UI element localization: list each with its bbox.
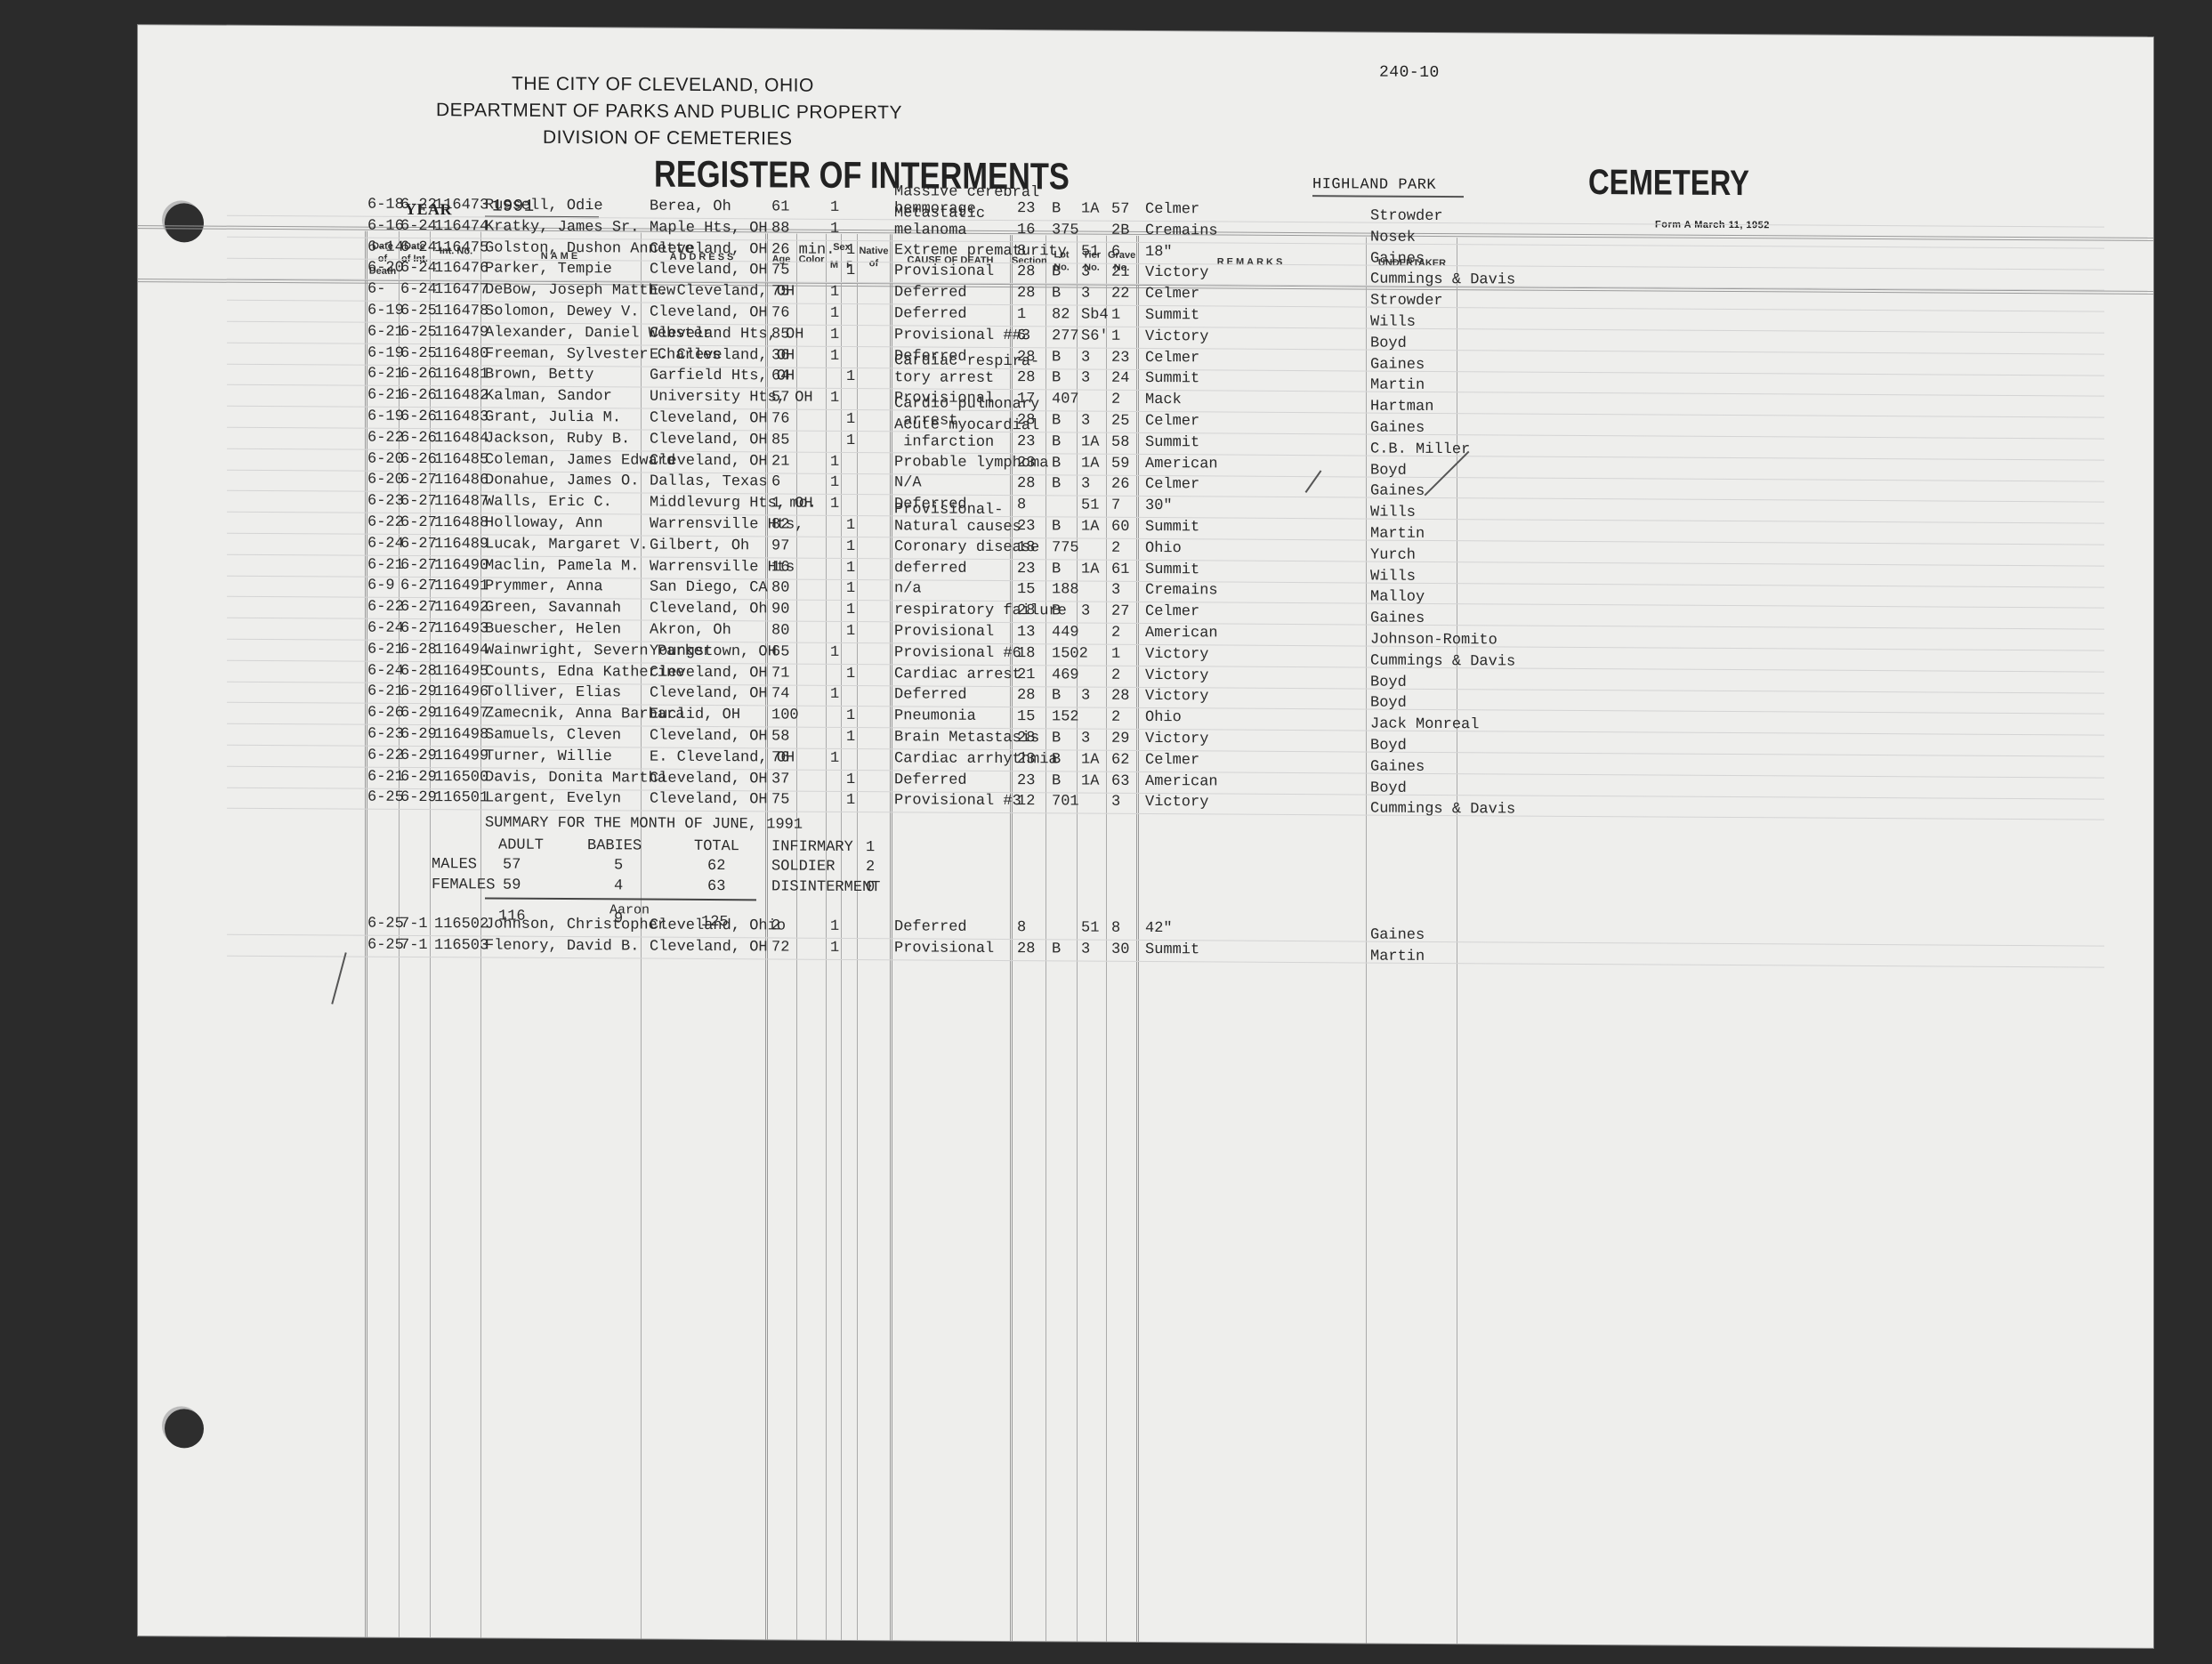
- cell-tier: 3: [1081, 476, 1090, 493]
- cell-undertaker: Jack Monreal: [1370, 716, 1479, 734]
- register-page: THE CITY OF CLEVELAND, OHIO DEPARTMENT O…: [138, 25, 2153, 1648]
- cell-name: Davis, Donita Martha: [485, 769, 666, 787]
- cell-address: Cleveland, OH: [650, 770, 768, 788]
- summary-males-total: 62: [707, 858, 725, 875]
- cell-address: Gilbert, Oh: [650, 537, 749, 554]
- cell-undertaker: Boyd: [1370, 335, 1407, 351]
- cell-grave: 29: [1111, 731, 1129, 747]
- summary-sum-total: 125: [701, 914, 729, 931]
- cell-undertaker: Nosek: [1370, 229, 1416, 246]
- cell-sex-m: 1: [830, 644, 839, 661]
- cell-cause-of-death: deferred: [894, 560, 967, 577]
- cell-int-no: 116478: [434, 303, 488, 319]
- cell-section: 28: [1017, 688, 1035, 705]
- cell-undertaker: Gaines: [1370, 927, 1425, 944]
- cell-lot: B: [1052, 455, 1061, 472]
- cell-section: 15: [1017, 708, 1035, 725]
- cell-date-of-death: 6-26: [367, 705, 404, 722]
- cell-grave: 28: [1111, 688, 1129, 705]
- cell-sex-f: 1: [846, 580, 855, 597]
- cell-grave: 1: [1111, 328, 1120, 345]
- cell-remarks: Summit: [1145, 307, 1199, 324]
- cell-age: 6: [771, 474, 780, 491]
- cell-date-of-int: 6-28: [400, 642, 437, 658]
- cell-sex-m: 1: [830, 496, 839, 513]
- cell-name: Tolliver, Elias: [485, 684, 621, 702]
- summary-disinterment: 0: [866, 879, 875, 896]
- cell-undertaker: Gaines: [1370, 356, 1425, 373]
- cell-sex-m: 1: [830, 390, 839, 407]
- cell-int-no: 116481: [434, 367, 488, 384]
- cell-age: 80: [771, 622, 789, 639]
- cell-int-no: 116484: [434, 430, 488, 447]
- summary-underline: [485, 897, 756, 901]
- table-row: 6-216-27116490Maclin, Pamela M.Warrensvi…: [138, 25, 2153, 37]
- cell-date-of-death: 6-21: [367, 323, 404, 340]
- cell-lot: B: [1052, 349, 1061, 366]
- cell-tier: 1A: [1081, 201, 1099, 218]
- col-divider: [1366, 238, 1367, 1644]
- cell-address: Cleveland, OH: [650, 791, 768, 809]
- cell-name: Grant, Julia M.: [485, 408, 621, 426]
- cell-undertaker: Yurch: [1370, 546, 1416, 563]
- cell-date-of-death: 6-21: [367, 641, 404, 658]
- cell-int-no: 116499: [434, 747, 488, 764]
- cell-address: Cleveland, OH: [650, 431, 768, 448]
- cell-section: 18: [1017, 645, 1035, 662]
- binder-hole-bottom: [165, 1409, 204, 1448]
- cell-undertaker: Wills: [1370, 314, 1416, 331]
- cell-lot: B: [1052, 476, 1061, 493]
- cell-date-of-int: 7-1: [400, 916, 428, 933]
- cell-int-no: 116474: [434, 218, 488, 235]
- cell-tier: 1A: [1081, 772, 1099, 789]
- cell-remarks: Summit: [1145, 370, 1199, 387]
- cell-lot: B: [1052, 730, 1061, 747]
- cell-grave: 8: [1111, 920, 1120, 937]
- summary-males-label: MALES: [432, 856, 477, 873]
- cell-age: 61: [771, 198, 789, 215]
- cell-name: Flenory, David B.: [485, 937, 639, 955]
- cell-section: 28: [1017, 730, 1035, 747]
- cell-cause-of-death: Provisional: [894, 623, 994, 641]
- cell-date-of-death: 6-22: [367, 429, 404, 446]
- cell-undertaker: Boyd: [1370, 462, 1407, 479]
- cell-age: 82: [771, 516, 789, 533]
- cell-sex-f: 1: [846, 538, 855, 555]
- cell-tier: S6': [1081, 327, 1109, 344]
- cell-undertaker: Gaines: [1370, 610, 1425, 627]
- table-row: 6-257-1116503Flenory, David B.Cleveland,…: [138, 25, 2153, 37]
- cell-remarks: Summit: [1145, 519, 1199, 536]
- cell-sex-m: 1: [830, 327, 839, 343]
- col-divider: [1077, 236, 1078, 1642]
- summary-infirmary-label: INFIRMARY: [771, 838, 853, 856]
- cell-tier: 3: [1081, 731, 1090, 747]
- cell-remarks: Victory: [1145, 646, 1208, 663]
- cell-remarks: Victory: [1145, 688, 1208, 705]
- cell-age: 88: [771, 220, 789, 237]
- cell-address: San Diego, CA: [650, 579, 768, 597]
- cell-lot: B: [1052, 433, 1061, 450]
- cell-int-no: 116498: [434, 726, 488, 743]
- cell-date-of-int: 6-29: [400, 768, 437, 785]
- cell-int-no: 116500: [434, 769, 488, 786]
- cell-date-of-int: 6-26: [400, 430, 437, 447]
- cell-lot: B: [1052, 561, 1061, 578]
- cell-name: Holloway, Ann: [485, 514, 603, 532]
- cell-grave: 2: [1111, 540, 1120, 557]
- cell-name: Brown, Betty: [485, 367, 593, 384]
- cell-date-of-death: 6-19: [367, 303, 404, 319]
- cell-section: 28: [1017, 285, 1035, 302]
- table-row: 6-226-29116499Turner, WillieE. Cleveland…: [138, 25, 2153, 37]
- cell-date-of-int: 6-22: [400, 197, 437, 214]
- cell-grave: 2: [1111, 666, 1120, 683]
- cell-lot: B: [1052, 370, 1061, 387]
- cell-remarks: Ohio: [1145, 709, 1182, 726]
- table-row: 6-226-27116492Green, SavannahCleveland, …: [138, 25, 2153, 37]
- cell-remarks: Celmer: [1145, 201, 1199, 218]
- cell-date-of-death: 6-: [367, 281, 385, 298]
- cell-grave: 3: [1111, 794, 1120, 811]
- cell-tier: 1A: [1081, 519, 1099, 536]
- cell-int-no: 116485: [434, 451, 488, 468]
- cell-date-of-int: 6-27: [400, 620, 437, 637]
- cell-age: 36: [771, 347, 789, 364]
- cell-tier: 3: [1081, 349, 1090, 366]
- cell-section: 23: [1017, 751, 1035, 768]
- cell-grave: 3: [1111, 582, 1120, 599]
- cell-age: 57: [771, 390, 789, 407]
- cemetery-name: HIGHLAND PARK: [1312, 176, 1464, 198]
- cell-name: Samuels, Cleven: [485, 726, 621, 744]
- cell-date-of-death: 6-20: [367, 450, 404, 467]
- cell-int-no: 116477: [434, 281, 488, 298]
- cell-grave: 23: [1111, 349, 1129, 366]
- cell-undertaker: Boyd: [1370, 695, 1407, 712]
- cell-section: 8: [1017, 243, 1026, 260]
- cell-int-no: 116475: [434, 239, 488, 256]
- cell-int-no: 116503: [434, 937, 488, 954]
- cell-sex-f: 1: [846, 411, 855, 428]
- cell-undertaker: C.B. Miller: [1370, 440, 1470, 458]
- cell-lot: B: [1052, 286, 1061, 303]
- cell-lot: 152: [1052, 709, 1079, 726]
- cell-address: Maple Hts, OH: [650, 219, 768, 237]
- cell-remarks: 30": [1145, 497, 1173, 514]
- cell-tier: 1A: [1081, 455, 1099, 472]
- cell-int-no: 116493: [434, 620, 488, 637]
- cell-grave: 62: [1111, 752, 1129, 769]
- summary-col-total: TOTAL: [694, 838, 739, 855]
- cell-cause-of-death: Deferred: [894, 771, 967, 788]
- table-row: 6-196-25116480Freeman, Sylvester Charles…: [138, 25, 2153, 37]
- col-divider: [1136, 236, 1139, 1642]
- cell-date-of-int: 6-27: [400, 599, 437, 616]
- cell-int-no: 116494: [434, 642, 488, 658]
- cell-section: 28: [1017, 941, 1035, 957]
- summary-males-babies: 5: [614, 857, 623, 874]
- pen-mark: [1305, 470, 1322, 493]
- cell-sex-m: 1: [830, 750, 839, 767]
- cell-cause-of-death: respiratory failure: [894, 602, 1067, 619]
- cell-lot: 449: [1052, 624, 1079, 641]
- cell-cause-of-death: Deferred: [894, 918, 967, 935]
- cell-grave: 26: [1111, 476, 1129, 493]
- cell-date-of-death: 6-25: [367, 937, 404, 954]
- cell-grave: 2: [1111, 392, 1120, 408]
- cell-name: Buescher, Helen: [485, 620, 621, 638]
- cell-name: Coleman, James Edward: [485, 451, 675, 469]
- cell-date-of-death: 6-24: [367, 620, 404, 637]
- cell-section: 8: [1017, 919, 1026, 936]
- cell-undertaker: Hartman: [1370, 399, 1433, 416]
- cell-date-of-int: 6-27: [400, 472, 437, 489]
- cell-section: 18: [1017, 539, 1035, 556]
- cell-lot: B: [1052, 941, 1061, 957]
- cell-address: Euclid, OH: [650, 707, 740, 724]
- table-row: 6-216-28116494Wainwright, Severn ParkerY…: [138, 25, 2153, 37]
- cell-sex-f: 1: [846, 263, 855, 279]
- cell-tier: 3: [1081, 688, 1090, 705]
- cell-name: Kratky, James Sr.: [485, 218, 639, 236]
- cell-sex-f: 1: [846, 560, 855, 577]
- cell-cause-of-death: N/A: [894, 475, 922, 492]
- cell-undertaker: Gaines: [1370, 420, 1425, 437]
- cell-cause-of-death: Extreme prematurity: [894, 242, 1067, 260]
- page-reference: 240-10: [1379, 64, 1440, 82]
- cell-sex-f: 1: [846, 792, 855, 809]
- cell-tier: 51: [1081, 243, 1099, 260]
- cell-tier: 51: [1081, 497, 1099, 514]
- cell-remarks: Ohio: [1145, 540, 1182, 557]
- cell-lot: 1502: [1052, 645, 1088, 662]
- cell-date-of-int: 6-27: [400, 514, 437, 531]
- cemetery-label: CEMETERY: [1588, 163, 1749, 204]
- cell-section: 23: [1017, 455, 1035, 472]
- cell-address: Cleveland, OH: [650, 728, 768, 746]
- cell-remarks: Summit: [1145, 941, 1199, 958]
- cell-int-no: 116480: [434, 345, 488, 362]
- table-row: 6-216-29116500Davis, Donita MarthaClevel…: [138, 25, 2153, 37]
- cell-date-of-int: 7-1: [400, 937, 428, 954]
- cell-int-no: 116483: [434, 408, 488, 425]
- cell-age: 75: [771, 792, 789, 809]
- cell-undertaker: Gaines: [1370, 758, 1425, 775]
- table-row: 6-246-28116495Counts, Edna KatherineClev…: [138, 25, 2153, 37]
- cell-age: 85: [771, 326, 789, 343]
- cell-tier: 3: [1081, 603, 1090, 620]
- cell-section: 13: [1017, 624, 1035, 641]
- table-row: 6-196-25116478Solomon, Dewey V.Cleveland…: [138, 25, 2153, 37]
- cell-section: 21: [1017, 666, 1035, 683]
- cell-name: Solomon, Dewey V.: [485, 303, 639, 320]
- cell-age: 100: [771, 707, 799, 724]
- table-row: 6-257-1116502Johnson, ChristopherClevela…: [138, 25, 2153, 37]
- table-row: 6-246-27116493Buescher, HelenAkron, Oh80…: [138, 25, 2153, 37]
- summary-title: SUMMARY FOR THE MONTH OF JUNE, 1991: [485, 814, 803, 833]
- cell-remarks: Cremains: [1145, 222, 1218, 239]
- cell-grave: 24: [1111, 370, 1129, 387]
- summary-sum-adult: 116: [498, 909, 526, 925]
- cell-remarks: Celmer: [1145, 286, 1199, 303]
- table-row: 6-166-24116474Kratky, James Sr.Maple Hts…: [138, 25, 2153, 37]
- cell-sex-m: 1: [830, 453, 839, 470]
- cell-section: 28: [1017, 264, 1035, 281]
- cell-tier: 51: [1081, 920, 1099, 937]
- cell-date-of-death: 6-21: [367, 387, 404, 404]
- cell-date-of-death: 6-23: [367, 493, 404, 510]
- cell-date-of-death: 6-14: [367, 238, 404, 255]
- cell-age: 76: [771, 410, 789, 427]
- table-row: 6-226-27116488Holloway, AnnWarrensville …: [138, 25, 2153, 37]
- cell-date-of-death: 6-9: [367, 578, 395, 594]
- table-row: 6-226-26116484Jackson, Ruby B.Cleveland,…: [138, 25, 2153, 37]
- col-divider: [841, 234, 842, 1640]
- cell-lot: 277: [1052, 327, 1079, 344]
- summary-males-adult: 57: [503, 857, 521, 874]
- cell-address: Cleveland, OH: [650, 240, 768, 258]
- cell-grave: 2: [1111, 625, 1120, 642]
- cell-cause-of-death: Cardiac arrest: [894, 666, 1021, 683]
- cell-cause-of-death: Pneumonia: [894, 707, 976, 725]
- cell-grave: 25: [1111, 413, 1129, 430]
- cell-section: 23: [1017, 561, 1035, 578]
- cell-age: 64: [771, 368, 789, 385]
- cell-lot: B: [1052, 772, 1061, 789]
- cell-remarks: American: [1145, 773, 1218, 790]
- cell-age: 26 min.: [771, 241, 835, 258]
- col-divider: [826, 234, 827, 1640]
- table-row: 6-256-29116501Largent, EvelynCleveland, …: [138, 25, 2153, 37]
- cell-name: DeBow, Joseph Matthew: [485, 282, 675, 300]
- table-row: 6-206-26116485Coleman, James EdwardCleve…: [138, 25, 2153, 37]
- table-row: 6-236-29116498Samuels, ClevenCleveland, …: [138, 25, 2153, 37]
- cell-age: 75: [771, 263, 789, 279]
- cell-lot: B: [1052, 412, 1061, 429]
- cell-remarks: Victory: [1145, 264, 1208, 281]
- summary-soldier-label: SOLDIER: [771, 858, 835, 875]
- cell-lot: B: [1052, 603, 1061, 620]
- cell-tier: 1A: [1081, 433, 1099, 450]
- cell-sex-m: 1: [830, 474, 839, 491]
- cell-grave: 21: [1111, 264, 1129, 281]
- cell-grave: 61: [1111, 561, 1129, 578]
- cell-cause-of-death: n/a: [894, 581, 922, 598]
- cell-date-of-death: 6-20: [367, 472, 404, 489]
- cell-lot: B: [1052, 200, 1061, 217]
- summary-soldier: 2: [866, 859, 875, 876]
- cell-undertaker: Strowder: [1370, 293, 1443, 310]
- cell-lot: 188: [1052, 582, 1079, 599]
- cell-remarks: Celmer: [1145, 476, 1199, 493]
- cell-cause-of-death: Provisional: [894, 263, 994, 281]
- cell-undertaker: Johnson-Romito: [1370, 632, 1498, 650]
- cell-date-of-int: 6-28: [400, 662, 437, 679]
- cell-undertaker: Strowder: [1370, 208, 1443, 225]
- table-row: 6-216-26116482Kalman, SandorUniversity H…: [138, 25, 2153, 37]
- cell-remarks: Summit: [1145, 561, 1199, 578]
- cell-date-of-int: 6-29: [400, 683, 437, 700]
- cell-cause-of-death: Deferred: [894, 687, 967, 704]
- table-row: 6-216-25116479Alexander, Daniel WebsterC…: [138, 25, 2153, 37]
- cell-cause-of-death: Provisional- Natural causes: [894, 501, 1021, 536]
- cell-date-of-int: 6-26: [400, 366, 437, 383]
- cell-address: Cleveland, OH: [650, 939, 768, 957]
- pen-mark: [331, 952, 346, 1004]
- cell-tier: 1A: [1081, 561, 1099, 578]
- table-row: 6-186-22116473Russell, OdieBerea, Oh611M…: [138, 25, 2153, 37]
- cell-remarks: Cremains: [1145, 582, 1218, 599]
- cell-undertaker: Martin: [1370, 949, 1425, 965]
- cell-undertaker: Wills: [1370, 568, 1416, 585]
- cell-name: Jackson, Ruby B.: [485, 430, 630, 448]
- cell-undertaker: Wills: [1370, 505, 1416, 521]
- cell-address: Akron, Oh: [650, 622, 731, 640]
- cell-remarks: Celmer: [1145, 413, 1199, 430]
- cell-section: 15: [1017, 582, 1035, 599]
- cell-age: 65: [771, 643, 789, 660]
- cell-name: Largent, Evelyn: [485, 790, 621, 808]
- cell-age: 37: [771, 771, 789, 788]
- cell-age: 76: [771, 749, 789, 766]
- cell-date-of-int: 6-25: [400, 344, 437, 361]
- cell-date-of-int: 6-27: [400, 578, 437, 594]
- cell-grave: 57: [1111, 201, 1129, 218]
- table-row: 6-206-24116476Parker, TempieCleveland, O…: [138, 25, 2153, 37]
- cell-date-of-death: 6-19: [367, 344, 404, 361]
- cell-section: 23: [1017, 518, 1035, 535]
- cell-section: 23: [1017, 200, 1035, 217]
- cell-lot: 407: [1052, 392, 1079, 408]
- cell-address: Cleveland, OH: [650, 452, 768, 470]
- cell-int-no: 116482: [434, 387, 488, 404]
- col-divider: [796, 234, 797, 1640]
- cell-date-of-int: 6-24: [400, 218, 437, 235]
- table-row: 6-196-26116483Grant, Julia M.Cleveland, …: [138, 25, 2153, 37]
- cell-remarks: Summit: [1145, 434, 1199, 451]
- cell-int-no: 116476: [434, 261, 488, 278]
- cell-int-no: 116486: [434, 473, 488, 489]
- cell-date-of-int: 6-27: [400, 493, 437, 510]
- cell-grave: 30: [1111, 941, 1129, 958]
- cell-grave: 1: [1111, 307, 1120, 324]
- cell-section: 23: [1017, 433, 1035, 450]
- cell-age: 75: [771, 284, 789, 301]
- cell-grave: 59: [1111, 455, 1129, 472]
- cell-int-no: 116497: [434, 705, 488, 722]
- cell-remarks: Victory: [1145, 328, 1208, 345]
- cell-date-of-int: 6-24: [400, 281, 437, 298]
- table-row: 6-216-29116496Tolliver, EliasCleveland, …: [138, 25, 2153, 37]
- cell-int-no: 116502: [434, 916, 488, 933]
- cell-section: 28: [1017, 476, 1035, 493]
- cell-date-of-death: 6-22: [367, 599, 404, 616]
- cell-remarks: American: [1145, 625, 1218, 642]
- cell-grave: 6: [1111, 243, 1120, 260]
- cell-name: Green, Savannah: [485, 600, 621, 618]
- cell-int-no: 116492: [434, 599, 488, 616]
- cell-undertaker: Malloy: [1370, 589, 1425, 606]
- cell-remarks: Victory: [1145, 731, 1208, 747]
- cell-date-of-death: 6-21: [367, 768, 404, 785]
- cell-date-of-int: 6-24: [400, 238, 437, 255]
- cell-address: Cleveland, OH: [650, 664, 768, 682]
- summary-col-babies: BABIES: [587, 837, 642, 854]
- cell-sex-m: 1: [830, 918, 839, 935]
- summary-females-total: 63: [707, 878, 725, 895]
